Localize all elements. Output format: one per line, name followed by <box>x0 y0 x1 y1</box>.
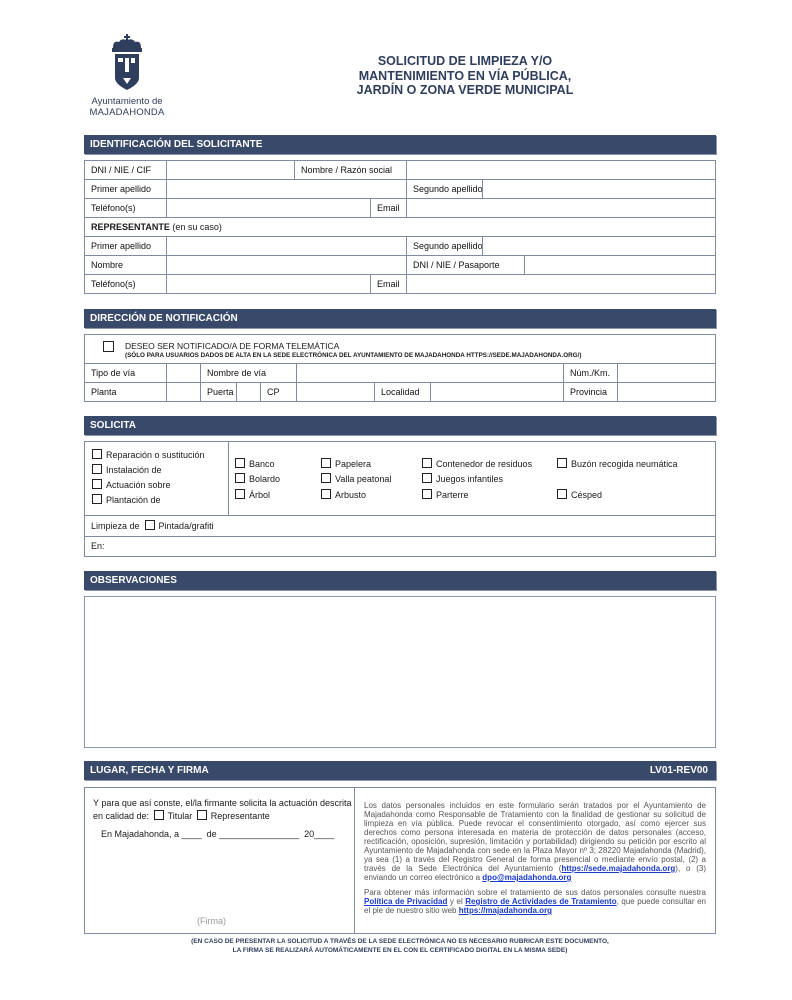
signature-statement: Y para que así conste, el/la firmante so… <box>93 797 353 823</box>
section-header-observaciones: OBSERVACIONES <box>84 571 716 590</box>
checkbox[interactable] <box>321 489 331 499</box>
tipo-via-label: Tipo de vía <box>85 364 167 383</box>
item-option[interactable]: Bolardo <box>235 472 280 487</box>
solicita-box: Reparación o sustitución Instalación de … <box>84 441 716 557</box>
action-label: Instalación de <box>106 465 162 475</box>
item-label: Banco <box>249 459 275 469</box>
provincia-label: Provincia <box>564 383 618 402</box>
form-title-line: SOLICITUD DE LIMPIEZA Y/O <box>300 54 630 69</box>
num-km-field[interactable] <box>618 364 716 383</box>
planta-label: Planta <box>85 383 167 402</box>
rep-primer-apellido-field[interactable] <box>167 237 407 256</box>
rep-email-label: Email <box>371 275 407 294</box>
footer-line: (EN CASO DE PRESENTAR LA SOLICITUD A TRA… <box>150 937 650 946</box>
privacy-notice: Los datos personales incluidos en este f… <box>364 801 706 915</box>
section-title: SOLICITA <box>90 420 136 431</box>
checkbox[interactable] <box>557 489 567 499</box>
checkbox[interactable] <box>92 449 102 459</box>
item-option[interactable]: Banco <box>235 457 275 472</box>
section-title: IDENTIFICACIÓN DEL SOLICITANTE <box>90 139 262 150</box>
en-label: En: <box>91 541 105 551</box>
en-row[interactable]: En: <box>85 537 715 556</box>
planta-field[interactable] <box>167 383 201 402</box>
checkbox[interactable] <box>92 464 102 474</box>
item-label: Buzón recogida neumática <box>571 459 678 469</box>
nombre-via-field[interactable] <box>297 364 564 383</box>
representante-heading: REPRESENTANTE (en su caso) <box>85 218 716 237</box>
firma-box: Y para que así conste, el/la firmante so… <box>84 787 716 934</box>
rep-primer-apellido-label: Primer apellido <box>85 237 167 256</box>
firma-placeholder: (Firma) <box>197 916 226 926</box>
coat-of-arms-icon <box>107 34 147 94</box>
sede-link[interactable]: https://sede.majadahonda.org <box>561 864 675 873</box>
checkbox[interactable] <box>557 458 567 468</box>
privacy-text: y el <box>447 897 465 906</box>
checkbox[interactable] <box>235 489 245 499</box>
privacy-policy-link[interactable]: Política de Privacidad <box>364 897 447 906</box>
section-title: LUGAR, FECHA Y FIRMA <box>90 765 209 776</box>
cp-label: CP <box>261 383 297 402</box>
item-label: Árbol <box>249 490 270 500</box>
website-link[interactable]: https://majadahonda.org <box>459 906 552 915</box>
action-label: Actuación sobre <box>106 480 171 490</box>
item-option[interactable]: Parterre <box>422 488 469 503</box>
action-label: Plantación de <box>106 495 161 505</box>
titular-label: Titular <box>168 811 193 821</box>
actions-column: Reparación o sustitución Instalación de … <box>85 442 229 515</box>
item-label: Contenedor de residuos <box>436 459 532 469</box>
checkbox[interactable] <box>235 458 245 468</box>
privacy-text: Los datos personales incluidos en este f… <box>364 801 706 873</box>
section-header-solicita: SOLICITA <box>84 416 716 435</box>
tipo-via-field[interactable] <box>167 364 201 383</box>
pintada-label: Pintada/grafiti <box>159 521 214 531</box>
checkbox[interactable] <box>321 458 331 468</box>
segundo-apellido-field[interactable] <box>483 180 716 199</box>
telefono-label: Teléfono(s) <box>85 199 167 218</box>
privacy-text: Para obtener más información sobre el tr… <box>364 888 706 897</box>
telematica-checkbox[interactable] <box>103 341 114 352</box>
privacy-more-info: Para obtener más información sobre el tr… <box>364 888 706 915</box>
action-option[interactable]: Instalación de <box>92 463 228 478</box>
rep-segundo-apellido-field[interactable] <box>483 237 716 256</box>
rep-dni-label: DNI / NIE / Pasaporte <box>407 256 525 275</box>
rep-nombre-field[interactable] <box>167 256 407 275</box>
item-option[interactable]: Buzón recogida neumática <box>557 457 678 472</box>
rep-telefono-field[interactable] <box>167 275 371 294</box>
titular-checkbox[interactable] <box>154 810 164 820</box>
registro-actividades-link[interactable]: Registro de Actividades de Tratamiento <box>465 897 616 906</box>
dni-field[interactable] <box>167 161 295 180</box>
item-label: Valla peatonal <box>335 474 391 484</box>
rep-segundo-apellido-label: Segundo apellido <box>407 237 483 256</box>
rep-email-field[interactable] <box>407 275 716 294</box>
section-header-firma: LUGAR, FECHA Y FIRMALV01-REV00 <box>84 761 716 780</box>
applicant-table: DNI / NIE / CIF Nombre / Razón social Pr… <box>84 160 716 294</box>
address-table: DESEO SER NOTIFICADO/A DE FORMA TELEMÁTI… <box>84 334 716 402</box>
place-date-line[interactable]: En Majadahonda, a ____ de ______________… <box>101 829 334 839</box>
checkbox[interactable] <box>321 473 331 483</box>
rep-telefono-label: Teléfono(s) <box>85 275 167 294</box>
form-title: SOLICITUD DE LIMPIEZA Y/O MANTENIMIENTO … <box>300 54 630 98</box>
checkbox[interactable] <box>92 494 102 504</box>
email-field[interactable] <box>407 199 716 218</box>
representante-label: Representante <box>211 811 270 821</box>
rep-nombre-label: Nombre <box>85 256 167 275</box>
nombre-razon-label: Nombre / Razón social <box>295 161 407 180</box>
provincia-field[interactable] <box>618 383 716 402</box>
action-option[interactable]: Reparación o sustitución <box>92 448 228 463</box>
item-option[interactable]: Juegos infantiles <box>422 472 503 487</box>
form-code: LV01-REV00 <box>650 761 708 780</box>
section-title: DIRECCIÓN DE NOTIFICACIÓN <box>90 313 238 324</box>
observaciones-textarea[interactable] <box>84 596 716 748</box>
form-title-line: JARDÍN O ZONA VERDE MUNICIPAL <box>300 83 630 98</box>
item-label: Bolardo <box>249 474 280 484</box>
item-option[interactable]: Árbol <box>235 488 270 503</box>
representante-label: REPRESENTANTE <box>91 222 170 232</box>
checkbox[interactable] <box>422 489 432 499</box>
item-label: Parterre <box>436 490 469 500</box>
item-option[interactable]: Valla peatonal <box>321 472 391 487</box>
item-option[interactable]: Papelera <box>321 457 371 472</box>
section-title: OBSERVACIONES <box>90 575 177 586</box>
item-option[interactable]: Césped <box>557 488 602 503</box>
action-option[interactable]: Plantación de <box>92 493 228 508</box>
item-label: Arbusto <box>335 490 366 500</box>
telematica-note: (SÓLO PARA USUARIOS DADOS DE ALTA EN LA … <box>103 351 715 360</box>
representante-checkbox[interactable] <box>197 810 207 820</box>
localidad-field[interactable] <box>431 383 564 402</box>
dpo-email-link[interactable]: dpo@majadahonda.org <box>482 873 571 882</box>
checkbox[interactable] <box>235 473 245 483</box>
municipality-logo: Ayuntamiento de MAJADAHONDA <box>86 34 168 118</box>
segundo-apellido-label: Segundo apellido <box>407 180 483 199</box>
nombre-via-label: Nombre de vía <box>201 364 297 383</box>
item-label: Papelera <box>335 459 371 469</box>
item-label: Juegos infantiles <box>436 474 503 484</box>
cp-field[interactable] <box>297 383 375 402</box>
telematica-label: DESEO SER NOTIFICADO/A DE FORMA TELEMÁTI… <box>103 338 715 351</box>
section-header-direccion: DIRECCIÓN DE NOTIFICACIÓN <box>84 309 716 328</box>
checkbox[interactable] <box>422 458 432 468</box>
checkbox[interactable] <box>422 473 432 483</box>
section-header-identificacion: IDENTIFICACIÓN DEL SOLICITANTE <box>84 135 716 154</box>
num-km-label: Núm./Km. <box>564 364 618 383</box>
localidad-label: Localidad <box>375 383 431 402</box>
action-option[interactable]: Actuación sobre <box>92 478 228 493</box>
pintada-checkbox[interactable] <box>145 520 155 530</box>
rep-dni-field[interactable] <box>525 256 716 275</box>
nombre-razon-field[interactable] <box>407 161 716 180</box>
signature-area: Y para que así conste, el/la firmante so… <box>85 788 355 933</box>
checkbox[interactable] <box>92 479 102 489</box>
email-label: Email <box>371 199 407 218</box>
form-title-line: MANTENIMIENTO EN VÍA PÚBLICA, <box>300 69 630 84</box>
item-option[interactable]: Contenedor de residuos <box>422 457 532 472</box>
action-label: Reparación o sustitución <box>106 450 205 460</box>
primer-apellido-label: Primer apellido <box>85 180 167 199</box>
item-label: Césped <box>571 490 602 500</box>
telefono-field[interactable] <box>167 199 371 218</box>
item-option[interactable]: Arbusto <box>321 488 366 503</box>
primer-apellido-field[interactable] <box>167 180 407 199</box>
puerta-label: Puerta <box>201 383 237 402</box>
puerta-field[interactable] <box>237 383 261 402</box>
representante-note: (en su caso) <box>172 222 222 232</box>
dni-label: DNI / NIE / CIF <box>85 161 167 180</box>
logo-text-line1: Ayuntamiento de <box>86 96 168 107</box>
footer-note: (EN CASO DE PRESENTAR LA SOLICITUD A TRA… <box>150 937 650 955</box>
footer-line: LA FIRMA SE REALIZARÁ AUTOMÁTICAMENTE EN… <box>150 946 650 955</box>
logo-text-line2: MAJADAHONDA <box>86 107 168 118</box>
limpieza-label: Limpieza de <box>91 521 140 531</box>
limpieza-row: Limpieza de Pintada/grafiti <box>85 515 715 537</box>
telematica-row: DESEO SER NOTIFICADO/A DE FORMA TELEMÁTI… <box>85 335 716 364</box>
